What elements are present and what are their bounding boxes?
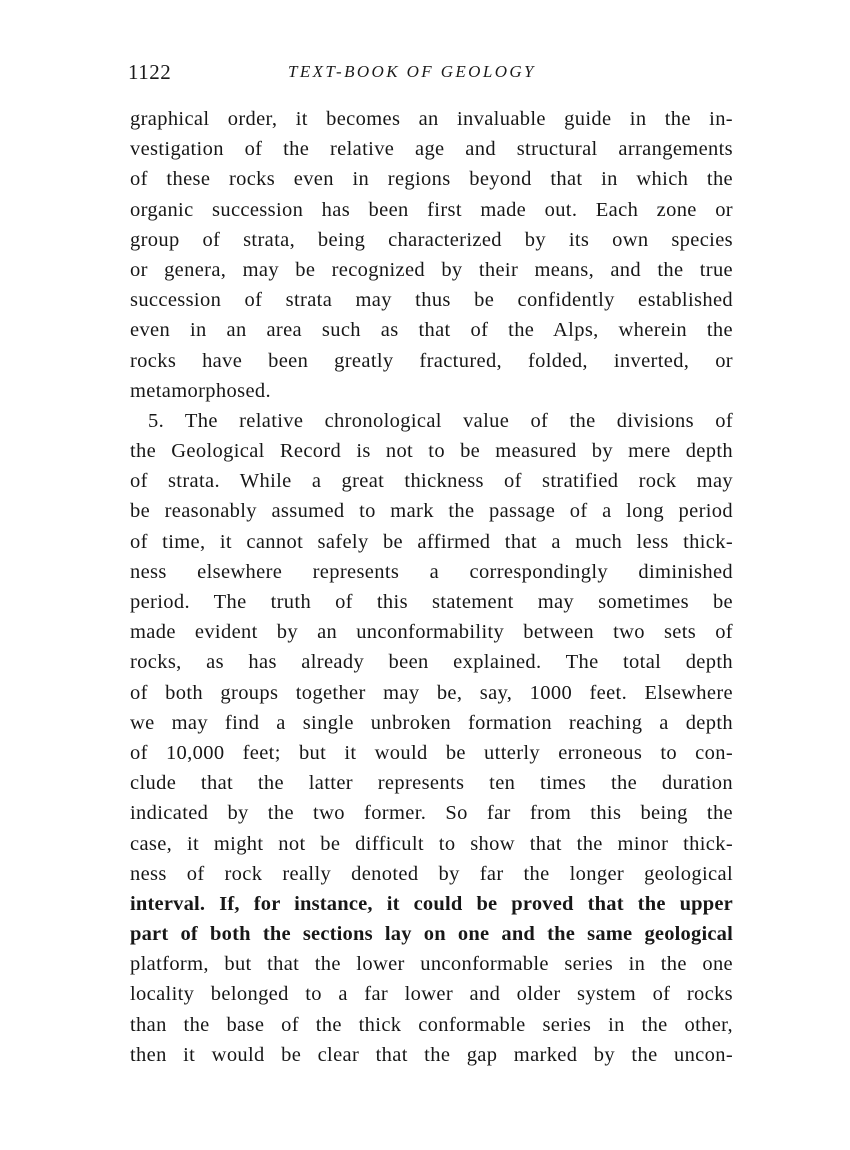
body-text: graphical order, it becomes an invaluabl… [130,104,733,1070]
page-number: 1122 [128,60,171,85]
text-line: case, it might not be difficult to show … [130,829,733,859]
text-line: ness of rock really denoted by far the l… [130,859,733,889]
text-line: platform, but that the lower unconformab… [130,949,733,979]
running-head: 1122 TEXT-BOOK OF GEOLOGY [128,60,733,86]
text-line: clude that the latter represents ten tim… [130,768,733,798]
text-line: indicated by the two former. So far from… [130,798,733,828]
text-line: rocks, as has already been explained. Th… [130,647,733,677]
text-line: of these rocks even in regions beyond th… [130,164,733,194]
text-line: or genera, may be recognized by their me… [130,255,733,285]
text-line: the Geological Record is not to be measu… [130,436,733,466]
text-line: be reasonably assumed to mark the passag… [130,496,733,526]
text-line: even in an area such as that of the Alps… [130,315,733,345]
text-line: of time, it cannot safely be affirmed th… [130,527,733,557]
text-line: graphical order, it becomes an invaluabl… [130,104,733,134]
text-line: then it would be clear that the gap mark… [130,1040,733,1070]
text-line: ness elsewhere represents a correspondin… [130,557,733,587]
running-title: TEXT-BOOK OF GEOLOGY [288,62,536,82]
text-line: rocks have been greatly fractured, folde… [130,346,733,376]
section-5-first-line: 5. The relative chronological value of t… [130,406,733,436]
text-line: we may find a single unbroken formation … [130,708,733,738]
text-line: of 10,000 feet; but it would be utterly … [130,738,733,768]
book-page: 1122 TEXT-BOOK OF GEOLOGY graphical orde… [0,0,850,1150]
text-line: interval. If, for instance, it could be … [130,889,733,919]
text-line: of strata. While a great thickness of st… [130,466,733,496]
text-line: vestigation of the relative age and stru… [130,134,733,164]
text-line: than the base of the thick conformable s… [130,1010,733,1040]
paragraph-end-line: metamorphosed. [130,376,733,406]
text-line: succession of strata may thus be confide… [130,285,733,315]
text-line: group of strata, being characterized by … [130,225,733,255]
text-line: part of both the sections lay on one and… [130,919,733,949]
text-line: organic succession has been first made o… [130,195,733,225]
text-line: locality belonged to a far lower and old… [130,979,733,1009]
text-line: of both groups together may be, say, 100… [130,678,733,708]
text-line: made evident by an unconformability betw… [130,617,733,647]
text-line: period. The truth of this statement may … [130,587,733,617]
